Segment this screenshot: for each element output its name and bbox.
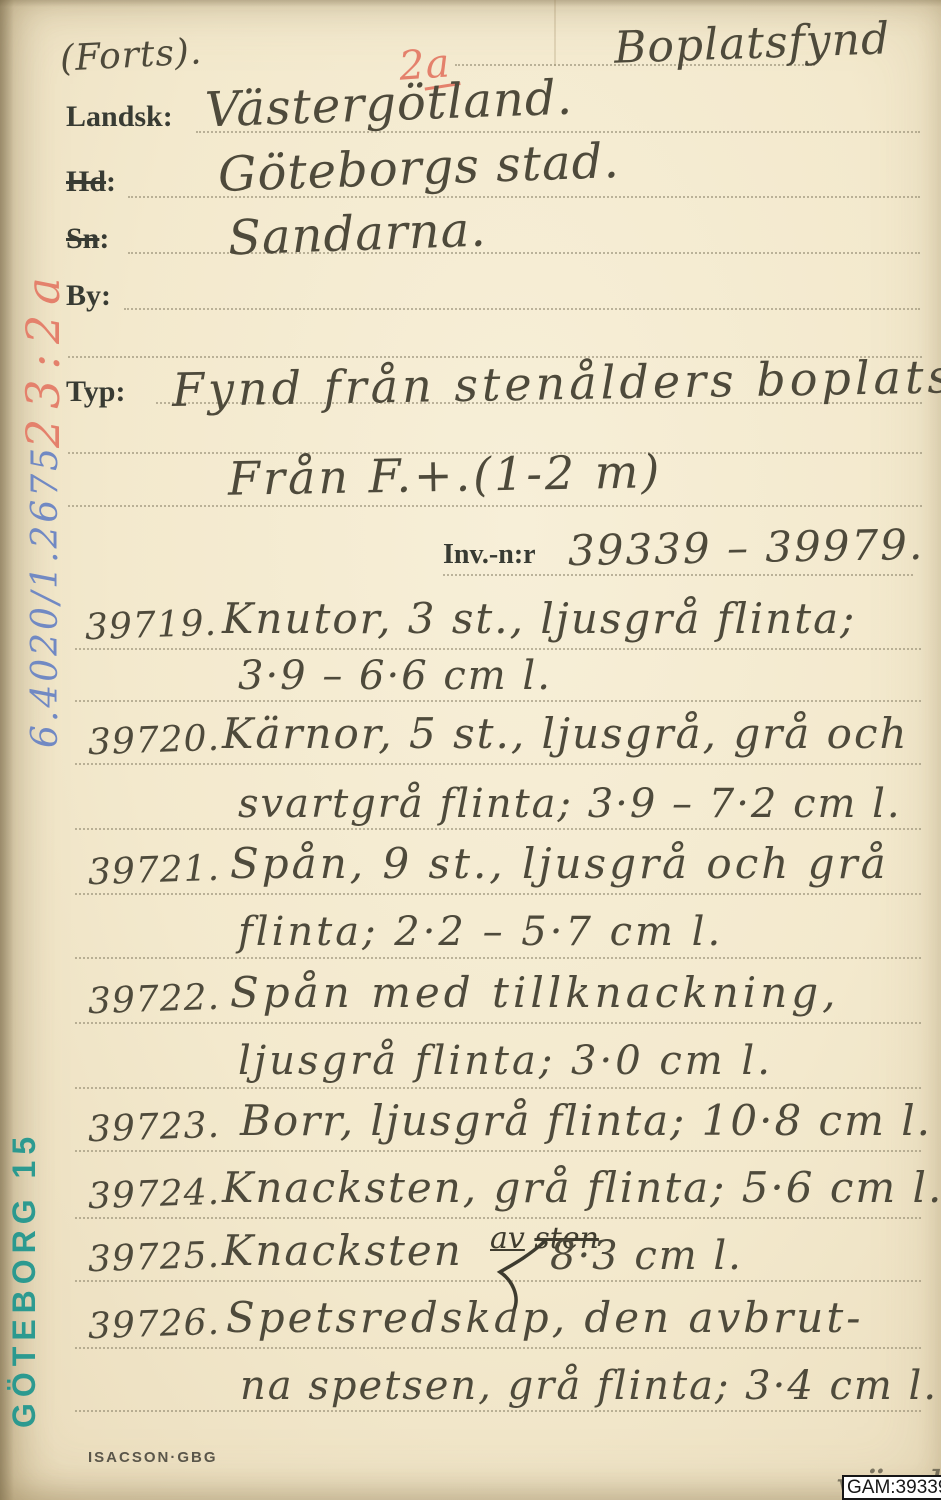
- field-label-text: By: [66, 279, 101, 312]
- ruled-line: [75, 957, 921, 959]
- ruled-line: [75, 828, 921, 830]
- goteborg-stamp: GÖTEBORG 15: [8, 1131, 40, 1428]
- entry-number: 39722.: [87, 980, 220, 1021]
- entry-number: 39720.: [87, 721, 220, 762]
- ruled-line: [75, 1410, 921, 1412]
- entry-line2: ljusgrå flinta; 3·0 cm l.: [238, 1041, 773, 1081]
- ruled-line: [75, 1347, 921, 1349]
- entry-line1: Spån, 9 st., ljusgrå och grå: [230, 843, 889, 885]
- entry-line1: Kärnor, 5 st., ljusgrå, grå och: [222, 713, 909, 755]
- field-label-sn: Sn:: [66, 224, 109, 254]
- inventory-label: Inv.-n:r: [443, 541, 536, 569]
- field-value-socken: Sandarna.: [227, 206, 487, 263]
- field-label-colon: :: [115, 375, 125, 408]
- field-value-typ: Fynd från stenålders boplats.: [172, 353, 941, 413]
- entry-number: 39721.: [87, 851, 220, 892]
- entry-line1: Knacksten, grå flinta; 5·6 cm l.: [222, 1167, 941, 1209]
- entry-number: 39724.: [87, 1175, 220, 1216]
- margin-red-code: 23:2a: [20, 267, 66, 448]
- field-label-text: Typ: [66, 375, 115, 408]
- entry-line1: Borr, ljusgrå flinta; 10·8 cm l.: [240, 1100, 932, 1142]
- field-label-colon: :: [106, 165, 116, 198]
- ruled-line: [443, 574, 913, 576]
- entry-line2: svartgrå flinta; 3·9 – 7·2 cm l.: [238, 784, 902, 824]
- scanned-index-card: (Forts). 2a Boplatsfynd Landsk: Västergö…: [0, 0, 941, 1500]
- ruled-line: [75, 1022, 921, 1024]
- paper-edge-shadow: [0, 0, 941, 7]
- field-label-text-struck: Hd: [66, 165, 106, 198]
- ruled-line: [75, 1087, 921, 1089]
- field-value-landskap: Västergötland.: [204, 74, 573, 135]
- ruled-line: [75, 648, 921, 650]
- entry-number: 39726.: [87, 1305, 220, 1346]
- ruled-line: [75, 893, 921, 895]
- archive-label: GAM:39339: [842, 1475, 941, 1500]
- ruled-line: [68, 505, 922, 507]
- field-label-landsk: Landsk:: [66, 102, 173, 132]
- field-label-by: By:: [66, 281, 111, 311]
- entry-line1: Knacksten: [222, 1230, 463, 1272]
- page-title: Boplatsfynd: [613, 17, 891, 71]
- field-label-hd: Hd:: [66, 167, 116, 197]
- printer-mark: ISACSON·GBG: [88, 1450, 218, 1465]
- continuation-note: (Forts).: [59, 34, 203, 77]
- field-label-text-struck: Sn: [66, 222, 99, 255]
- ruled-line: [75, 700, 921, 702]
- entry-line2: 3·9 – 6·6 cm l.: [238, 656, 552, 696]
- field-label-colon: :: [99, 222, 109, 255]
- entry-line2: flinta; 2·2 – 5·7 cm l.: [238, 912, 723, 952]
- ruled-line: [75, 763, 921, 765]
- ruled-line: [124, 308, 920, 310]
- entry-number: 39723.: [87, 1108, 220, 1149]
- entry-number: 39719.: [84, 606, 217, 647]
- inventory-range: 39339 – 39979.: [568, 524, 925, 572]
- entry-line1: Knutor, 3 st., ljusgrå flinta;: [222, 598, 856, 640]
- field-value-harad: Göteborgs stad.: [217, 137, 620, 199]
- entry-number: 39725.: [87, 1238, 220, 1279]
- field-label-colon: :: [163, 100, 173, 133]
- entry-line1: Spån med tillknackning,: [230, 972, 839, 1014]
- entry-measure: 8·3 cm l.: [550, 1236, 743, 1276]
- margin-blue-code: 6.4020/1.2675: [28, 445, 64, 748]
- field-value-typ-extra: Från F.+.(1-2 m): [228, 448, 663, 502]
- field-label-text: Landsk: [66, 100, 163, 133]
- field-label-typ: Typ:: [66, 377, 125, 407]
- ruled-line: [75, 1217, 921, 1219]
- entry-line1: Spetsredskap, den avbrut-: [226, 1297, 863, 1339]
- entry-line2: na spetsen, grå flinta; 3·4 cm l.: [240, 1366, 938, 1406]
- ruled-line: [75, 1150, 921, 1152]
- field-label-colon: :: [101, 279, 111, 312]
